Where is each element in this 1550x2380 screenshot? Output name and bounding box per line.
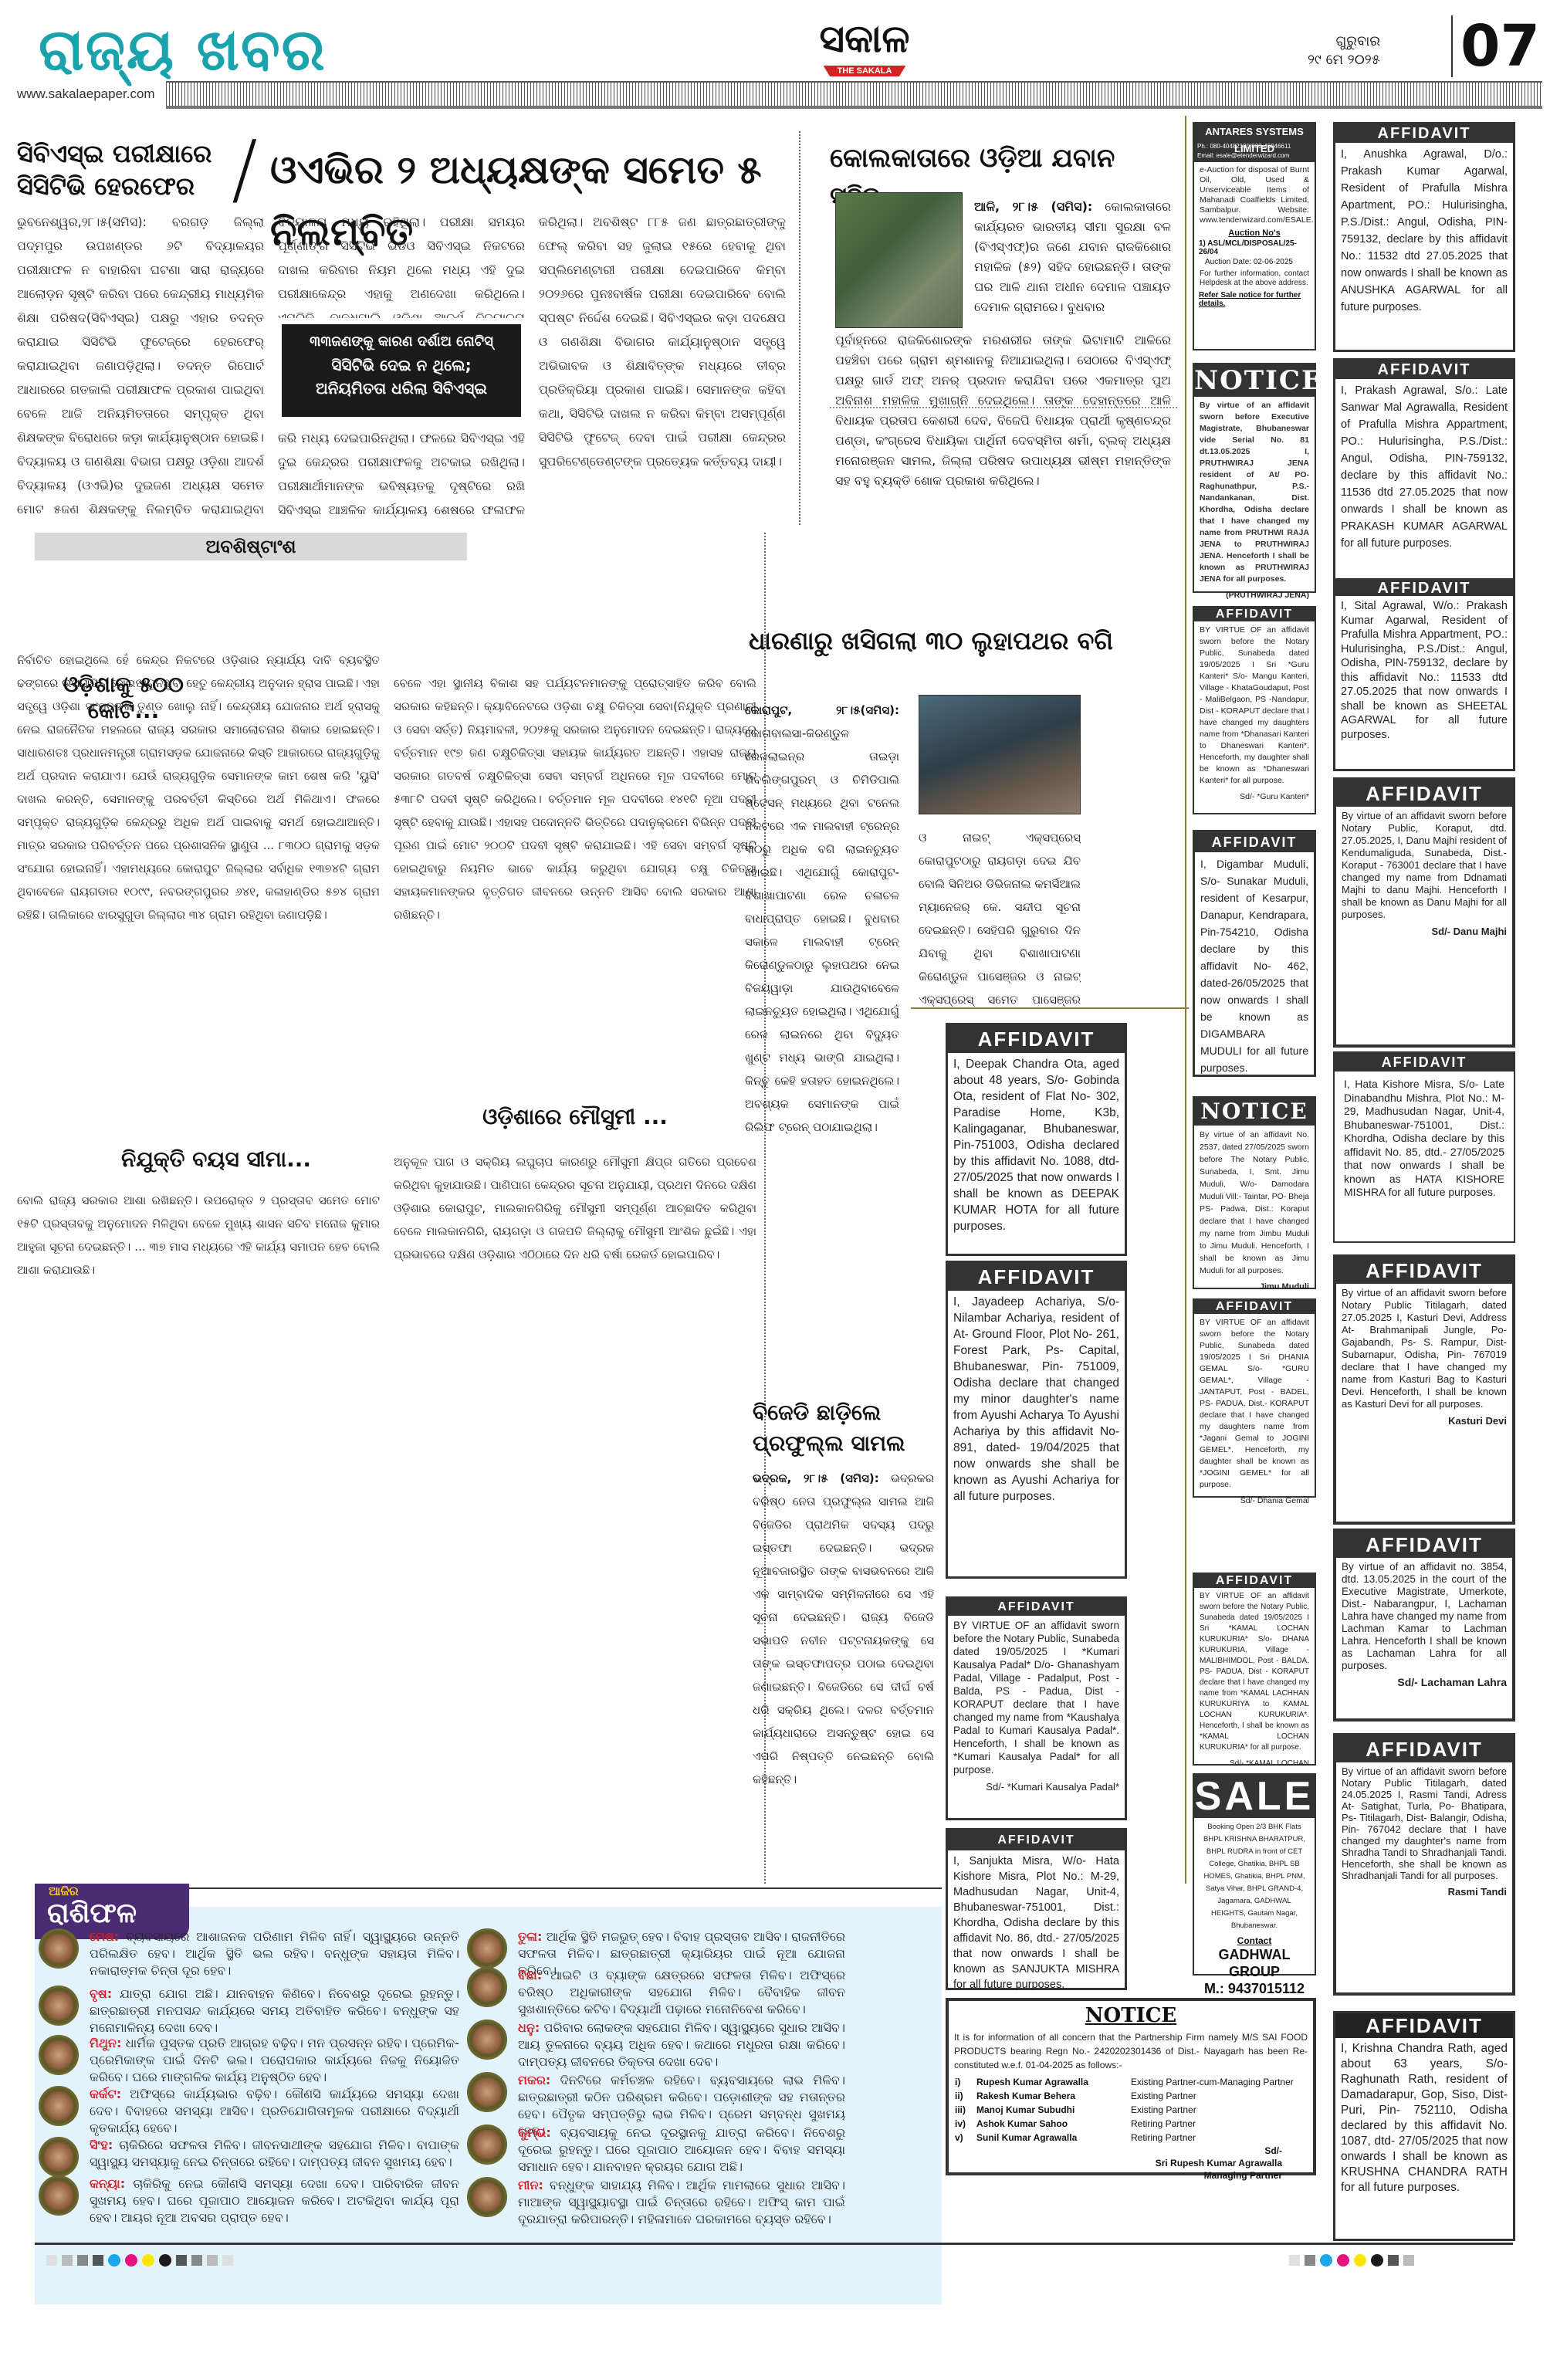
- gray-swatch: [93, 2255, 103, 2266]
- bjd-text-body: ଭଦ୍ରକର ବରିଷ୍ଠ ନେତା ପ୍ରଫୁଲ୍ଲ ସାମଲ ଆଜି ବିଜ…: [753, 1471, 934, 1786]
- bjd-text: ଭଦ୍ରକ, ୨୮।୫ (ସମିସ): ଭଦ୍ରକର ବରିଷ୍ଠ ନେତା ପ…: [753, 1467, 934, 1868]
- horoscope-leo: ସିଂହ: ଚାକିରିରେ ସଫଳତା ମିଳିବ। ଜୀବନସାଥୀଙ୍କ …: [39, 2137, 459, 2177]
- ad-signature: Sd/- Dhania Gemal: [1194, 1494, 1315, 1512]
- derailed-train-photo: [919, 695, 1081, 814]
- page-number: 07: [1451, 15, 1540, 77]
- kolkata-text-beside: ଆଳି, ୨୮।୫ (ସମିସ): କୋଲକାତାରେ କାର୍ଯ୍ୟରତ ଭା…: [974, 197, 1171, 317]
- partner-name: Rupesh Kumar Agrawalla: [976, 2075, 1131, 2089]
- affidavit-jayadeep: AFFIDAVIT I, Jayadeep Achariya, S/o- Nil…: [946, 1261, 1127, 1579]
- remaining-banner: ଅବଶିଷ୍ଟାଂଶ: [35, 533, 467, 560]
- auction-date: Auction Date: 02-06-2025: [1194, 258, 1315, 266]
- horoscope-aries: ମେଷ: ବ୍ୟବସାୟରେ ଆଶାଜନକ ପରିଣାମ ମିଳିବ ନାହିଁ…: [39, 1928, 459, 1979]
- partner-row: iii)Manoj Kumar SubudhiExisting Partner: [955, 2103, 1307, 2117]
- sign-name: କର୍କଟ:: [90, 2087, 121, 2101]
- pullquote-box: ୩୩ଜଣଙ୍କୁ କାରଣ ଦର୍ଶାଅ ନୋଟିସ୍ ସିସିଟିଭି ଦେଇ…: [282, 324, 521, 417]
- scorpio-icon: [467, 1967, 507, 2007]
- train-text-1: କୋରାପୁଟ, ୨୮।୫(ସମିସ): କୋତାବାଲସା-କିରଣ୍ଡୁଳ …: [745, 699, 899, 1308]
- gray-swatch: [207, 2255, 218, 2266]
- partner-row: ii)Rakesh Kumar BeheraExisting Partner: [955, 2089, 1307, 2103]
- ad-body: I, Digambar Muduli, S/o- Sunakar Muduli,…: [1195, 852, 1314, 1079]
- libra-icon: [467, 1928, 507, 1969]
- affidavit-dhania: AFFIDAVIT BY VIRTUE OF an affidavit swor…: [1193, 1298, 1316, 1498]
- ad-body: I, Jayadeep Achariya, S/o- Nilambar Acha…: [948, 1291, 1125, 1508]
- antares-ad: ANTARES SYSTEMS LIMITED Ph.: 080-4048210…: [1193, 122, 1316, 350]
- issue-day: ଗୁରୁବାର: [1308, 32, 1380, 51]
- ad-signature: Sd/- *Guru Kanteri*: [1194, 790, 1315, 807]
- ad-title: ANTARES SYSTEMS LIMITED: [1194, 124, 1315, 140]
- train-dateline: କୋରାପୁଟ, ୨୮।୫(ସମିସ):: [745, 703, 899, 717]
- classified-divider: [1185, 116, 1186, 1884]
- horoscope-taurus: ବୃଷ: ଯାତ୍ରା ଯୋଗ ଅଛି। ଯାନବାହନ କିଣିବେ। ନିବ…: [39, 1986, 459, 2036]
- ad-title: AFFIDAVIT: [948, 1830, 1125, 1850]
- horoscope-tab-small: ଆଜିର: [49, 1884, 189, 1899]
- horoscope-gemini: ମିଥୁନ: ଧାର୍ମିକ ପୁସ୍ତକ ପ୍ରତି ଆଗ୍ରହ ବଢ଼ିବ।…: [39, 2035, 459, 2086]
- lead-col-1: ଭୁବନେଶ୍ୱର,୨୮।୫(ସମିସ): ବରଗଡ଼ ଜିଲ୍ଲା ପଦ୍ମପ…: [17, 210, 264, 519]
- ad-body: BY VIRTUE OF an affidavit sworn before t…: [1194, 1588, 1315, 1756]
- ad-title: AFFIDAVIT: [948, 1599, 1125, 1616]
- issue-date: ଗୁରୁବାର ୨୯ ମେ ୨୦୨୫: [1308, 32, 1380, 69]
- ad-title: NOTICE: [1194, 364, 1315, 397]
- header-rule: [166, 81, 1542, 109]
- ad-body: Booking Open 2/3 BHK Flats BHPL KRISHNA …: [1194, 1818, 1315, 1935]
- bjd-headline: ବିଜେଡି ଛାଡ଼ିଲେ ପ୍ରଫୁଲ୍ଲ ସାମଲ: [753, 1397, 946, 1459]
- ad-title: AFFIDAVIT: [1335, 1053, 1514, 1072]
- partner-role: Existing Partner: [1131, 2089, 1196, 2103]
- jawan-photo: [835, 192, 963, 328]
- partner-row: iv)Ashok Kumar SahooRetiring Partner: [955, 2117, 1307, 2131]
- partner-no: iii): [955, 2103, 976, 2117]
- gray-swatch: [176, 2255, 187, 2266]
- ad-body: I, Hata Kishore Misra, S/o- Late Dinaban…: [1335, 1072, 1514, 1206]
- gray-swatch: [1289, 2255, 1300, 2266]
- partner-name: Manoj Kumar Subudhi: [976, 2103, 1131, 2117]
- print-color-bar: [46, 2254, 233, 2267]
- partner-role: Retiring Partner: [1131, 2131, 1196, 2145]
- ad-title: AFFIDAVIT: [1335, 124, 1513, 143]
- antares-phone: Ph.: 080-40482100/033-46046611: [1197, 142, 1311, 151]
- sign-text: ଚାକିରିରେ ସଫଳତା ମିଳିବ। ଜୀବନସାଥୀଙ୍କ ସହଯୋଗ …: [90, 2138, 459, 2169]
- headline-slash: /: [232, 124, 258, 214]
- ad-body: I, Prakash Agrawal, S/o.: Late Sanwar Ma…: [1335, 379, 1513, 555]
- horoscope-tab-title: ରାଶିଫଳ: [47, 1899, 189, 1928]
- lead-kicker: ସିବିଏସ୍‌ଇ ପରୀକ୍ଷାରେ ସିସିଟିଭି ହେରଫେର: [17, 137, 233, 202]
- signature-sd: Sd/-: [949, 2145, 1282, 2157]
- pullquote-line-2: ସିସିଟିଭି ଦେଇ ନ ଥିଲେ;: [282, 354, 521, 377]
- affidavit-prakash: AFFIDAVIT I, Prakash Agrawal, S/o.: Late…: [1333, 358, 1515, 590]
- yellow-dot-icon: [142, 2254, 154, 2267]
- yellow-dot-icon: [1354, 2254, 1366, 2267]
- remaining-text-3: ବେଳେ ଏହା ସ୍ଥାନୀୟ ବିକାଶ ସହ ପର୍ଯ୍ୟଟନମାନଙ୍କ…: [394, 672, 756, 1011]
- sign-name: କୁମ୍ଭ:: [518, 2125, 551, 2140]
- antares-email[interactable]: Email: esale@etenderwizard.com: [1197, 151, 1311, 161]
- ad-body: BY VIRTUE OF an affidavit sworn before t…: [1194, 621, 1315, 790]
- bjd-dateline: ଭଦ୍ରକ, ୨୮।୫ (ସମିସ):: [753, 1471, 879, 1485]
- ad-title: AFFIDAVIT: [1336, 1736, 1512, 1762]
- ad-title: SALE: [1194, 1775, 1315, 1818]
- lead-col-3: କରିଥିଲା। ଅବଶିଷ୍ଟ ୮୮୫ ଜଣ ଛାତ୍ରଛାତ୍ରୀଙ୍କୁ …: [539, 210, 786, 519]
- partner-no: ii): [955, 2089, 976, 2103]
- sign-text: ବ୍ୟବସାୟକୁ ନେଇ ଦୂରସ୍ଥାନକୁ ଯାତ୍ରା କରିବେ। ନ…: [518, 2125, 845, 2174]
- sign-text: ପରିବାର ଲୋକଙ୍କ ସହଯୋଗ ମିଳିବ। ସ୍ୱାସ୍ଥ୍ୟରେ ସ…: [518, 2020, 845, 2069]
- sai-signature: Sd/- Sri Rupesh Kumar Agrawalla Managing…: [949, 2145, 1313, 2182]
- affidavit-sital: AFFIDAVIT I, Sital Agrawal, W/o.: Prakas…: [1333, 578, 1515, 771]
- remaining-text-1-body: ନିର୍ବାଚିତ ହୋଇଥିଲେ ହେଁ କେନ୍ଦ୍ର ନିକଟରେ ଓଡ଼…: [17, 653, 380, 922]
- gray-swatch: [1403, 2255, 1414, 2266]
- sign-text: ବ୍ୟବସାୟରେ ଆଶାଜନକ ପରିଣାମ ମିଳିବ ନାହିଁ। ସ୍ୱ…: [90, 1929, 459, 1978]
- story-rule: [911, 1007, 1189, 1009]
- affidavit-danu: AFFIDAVIT By virtue of an affidavit swor…: [1333, 777, 1515, 1048]
- gray-swatch: [191, 2255, 202, 2266]
- ad-signature: Rasmi Tandi: [1336, 1884, 1512, 1902]
- lead-col-2b: କରି ମଧ୍ୟ ଦେଇପାରିନଥିଲା। ଫଳରେ ସିବିଏସ୍‌ଇ ଏହ…: [278, 426, 525, 519]
- ad-body: I, Anushka Agrawal, D/o.: Prakash Kumar …: [1335, 143, 1513, 319]
- ad-body: By virtue of an affidavit sworn before N…: [1336, 1284, 1512, 1413]
- aquarius-icon: [467, 2124, 507, 2165]
- kolkata-text-below: ପୂର୍ବାହ୍ନରେ ରାଜକିଶୋରଙ୍କ ମରଶରୀର ତାଙ୍କ ଭିଟ…: [835, 330, 1171, 491]
- column-divider: [799, 131, 800, 525]
- logo-ribbon: THE SAKALA: [824, 66, 906, 76]
- sign-text: ଚାକିରିକୁ ନେଇ କୌଣସି ସମସ୍ୟା ଦେଖା ଦେବ। ପାରି…: [90, 2176, 459, 2225]
- horoscope-sagittarius: ଧନୁ: ପରିବାର ଲୋକଙ୍କ ସହଯୋଗ ମିଳିବ। ସ୍ୱାସ୍ଥ୍…: [467, 2019, 845, 2070]
- ad-body: I, Krishna Chandra Rath, aged about 63 y…: [1335, 2038, 1513, 2199]
- sign-name: ବିଛା:: [518, 1968, 542, 1982]
- ad-title: AFFIDAVIT: [1195, 832, 1314, 852]
- ad-body: It is for information of all concern tha…: [949, 2027, 1313, 2075]
- remaining-heading-2: ନିଯୁକ୍ତି ବୟସ ସୀମା...: [46, 1146, 386, 1173]
- partner-list: i)Rupesh Kumar AgrawallaExisting Partner…: [949, 2075, 1313, 2145]
- ad-title: AFFIDAVIT: [1336, 1532, 1512, 1558]
- ad-title: AFFIDAVIT: [1335, 581, 1513, 596]
- ad-signature: Kasturi Devi: [1336, 1413, 1512, 1431]
- auction-number: 1) ASL/MCL/DISPOSAL/25-26/04: [1194, 238, 1315, 258]
- partner-row: v)Sunil Kumar AgrawallaRetiring Partner: [955, 2131, 1307, 2145]
- footer-rule: [35, 2243, 1513, 2245]
- ad-body: BY VIRTUE OF an affidavit sworn before t…: [1194, 1314, 1315, 1494]
- ad-body: e-Auction for disposal of Burnt Oil, Old…: [1194, 162, 1315, 229]
- gray-swatch: [62, 2255, 73, 2266]
- affidavit-digambar: AFFIDAVIT I, Digambar Muduli, S/o- Sunak…: [1193, 830, 1316, 1077]
- ad-body: By virtue of an affidavit No. 2537, date…: [1194, 1126, 1315, 1280]
- partner-name: Ashok Kumar Sahoo: [976, 2117, 1131, 2131]
- horoscope-pisces: ମୀନ: ବନ୍ଧୁଙ୍କ ସାହାଯ୍ୟ ମିଳିବ। ଆର୍ଥିକ ମାମଲ…: [467, 2177, 845, 2228]
- leo-icon: [39, 2137, 79, 2177]
- sale-ad: SALE Booking Open 2/3 BHK Flats BHPL KRI…: [1193, 1773, 1316, 1975]
- gemini-icon: [39, 2035, 79, 2075]
- remaining-text-4: ଅନୁକୂଳ ପାଗ ଓ ସକ୍ରିୟ ଲଘୁଚାପ କାରଣରୁ ମୌସୁମୀ…: [394, 1150, 756, 1876]
- kolkata-dateline: ଆଳି, ୨୮।୫ (ସମିସ):: [974, 199, 1092, 214]
- gray-swatch: [77, 2255, 88, 2266]
- sale-contact-label: Contact: [1194, 1935, 1315, 1946]
- remaining-text-2: ବୋଲି ରାଜ୍ୟ ସରକାର ଆଶା ରଖିଛନ୍ତି। ଉପରୋକ୍ତ ୨…: [17, 1189, 380, 1876]
- partner-role: Existing Partner: [1131, 2103, 1196, 2117]
- ad-body: I, Sital Agrawal, W/o.: Prakash Kumar Ag…: [1335, 596, 1513, 745]
- remaining-text-1: ନିର୍ବାଚିତ ହୋଇଥିଲେ ହେଁ କେନ୍ଦ୍ର ନିକଟରେ ଓଡ଼…: [17, 602, 380, 1096]
- aries-icon: [39, 1928, 79, 1969]
- ad-body: I, Deepak Chandra Ota, aged about 48 yea…: [948, 1053, 1125, 1237]
- ad-body: By virtue of an affidavit sworn before N…: [1336, 807, 1512, 924]
- virgo-icon: [39, 2175, 79, 2216]
- sign-name: ମୀନ:: [518, 2178, 543, 2192]
- horoscope-virgo: କନ୍ୟା: ଚାକିରିକୁ ନେଇ କୌଣସି ସମସ୍ୟା ଦେଖା ଦେ…: [39, 2175, 459, 2226]
- partner-no: iv): [955, 2117, 976, 2131]
- ad-body: By virtue of an affidavit sworn before N…: [1336, 1762, 1512, 1884]
- gray-swatch: [46, 2255, 57, 2266]
- lead-col-2: ବିଦ୍ୟାଳୟ ମଧ୍ୟ ରହିଥିଲା। ପରୀକ୍ଷା ସମୟର ପୂର୍…: [278, 210, 525, 318]
- signature-name: Sri Rupesh Kumar Agrawalla: [949, 2157, 1282, 2169]
- ad-body: BY VIRTUE OF an affidavit sworn before t…: [948, 1616, 1125, 1779]
- ad-title: AFFIDAVIT: [1336, 1258, 1512, 1284]
- notice-jimu: NOTICE By virtue of an affidavit No. 253…: [1193, 1096, 1316, 1289]
- cyan-dot-icon: [108, 2254, 120, 2267]
- partner-row: i)Rupesh Kumar AgrawallaExisting Partner…: [955, 2075, 1307, 2089]
- gray-swatch: [1305, 2255, 1315, 2266]
- site-url[interactable]: www.sakalaepaper.com: [17, 86, 155, 102]
- newspaper-logo: ସକାଳ THE SAKALA: [811, 15, 919, 77]
- partner-role: Existing Partner-cum-Managing Partner: [1131, 2075, 1294, 2089]
- partner-name: Rakesh Kumar Behera: [976, 2089, 1131, 2103]
- sign-name: ତୁଳା:: [518, 1929, 542, 1944]
- affidavit-deepak: AFFIDAVIT I, Deepak Chandra Ota, aged ab…: [946, 1023, 1127, 1256]
- affidavit-krishna: AFFIDAVIT I, Krishna Chandra Rath, aged …: [1333, 2011, 1515, 2241]
- antares-footer: For further information, contact Helpdes…: [1194, 266, 1315, 291]
- sale-company: GADHWAL GROUP: [1194, 1946, 1315, 1980]
- affidavit-hata: AFFIDAVIT I, Hata Kishore Misra, S/o- La…: [1333, 1051, 1515, 1243]
- taurus-icon: [39, 1986, 79, 2026]
- sign-name: ବୃଷ:: [90, 1986, 112, 2001]
- sign-name: କନ୍ୟା:: [90, 2176, 125, 2191]
- sign-text: ବନ୍ଧୁଙ୍କ ସାହାଯ୍ୟ ମିଳିବ। ଆର୍ଥିକ ମାମଲାରେ ସ…: [518, 2178, 845, 2226]
- partner-no: v): [955, 2131, 976, 2145]
- ad-title: AFFIDAVIT: [1335, 361, 1513, 379]
- affidavit-kausalya: AFFIDAVIT BY VIRTUE OF an affidavit swor…: [946, 1596, 1127, 1820]
- story-separator: [830, 407, 1177, 410]
- print-color-bar-right: [1289, 2254, 1414, 2267]
- gray-swatch: [1388, 2255, 1399, 2266]
- sign-name: ମିଥୁନ:: [90, 2036, 121, 2050]
- train-text-2: ଓ ନାଇଟ୍ ଏକ୍ସପ୍ରେସ୍ କୋରାପୁଟଠାରୁ ରାୟଗଡ଼ା ଦ…: [919, 826, 1081, 1011]
- capricorn-icon: [467, 2072, 507, 2112]
- ad-title: AFFIDAVIT: [1194, 1574, 1315, 1588]
- pullquote-line-3: ଅନିୟମିତତା ଧରିଲା ସିବିଏସ୍‌ଇ: [282, 377, 521, 400]
- ad-signature: Sd/- *Kumari Kausalya Padal*: [948, 1779, 1125, 1797]
- logo-text: ସକାଳ: [811, 15, 919, 62]
- notice-sai-food: NOTICE It is for information of all conc…: [946, 1998, 1316, 2175]
- ad-title: AFFIDAVIT: [1194, 1300, 1315, 1314]
- train-text-1-body: କୋତାବାଲସା-କିରଣ୍ଡୁଳ ରେଳଲାଇନ୍‌ର ତାଇଡ଼ା ଶିବ…: [745, 726, 899, 1134]
- cancer-icon: [39, 2086, 79, 2126]
- train-headline: ଧାରଣାରୁ ଖସିଗଲା ୩୦ ଲୁହାପଥର ବଗି: [749, 621, 1181, 660]
- ad-title: AFFIDAVIT: [948, 1025, 1125, 1053]
- ad-signature: Jimu Muduli: [1194, 1280, 1315, 1298]
- magenta-dot-icon: [1337, 2254, 1349, 2267]
- issue-date-text: ୨୯ ମେ ୨୦୨୫: [1308, 51, 1380, 69]
- sign-text: ଆଇଟି ଓ ବ୍ୟାଙ୍କ କ୍ଷେତ୍ରରେ ସଫଳତା ମିଳିବ। ଅଫ…: [518, 1968, 845, 2016]
- black-dot-icon: [1371, 2254, 1383, 2267]
- sale-phone[interactable]: M.: 9437015112: [1194, 1980, 1315, 1997]
- antares-contact: Ph.: 080-40482100/033-46046611 Email: es…: [1194, 140, 1315, 162]
- ad-title: AFFIDAVIT: [1194, 608, 1315, 621]
- partner-no: i): [955, 2075, 976, 2089]
- affidavit-anushka: AFFIDAVIT I, Anushka Agrawal, D/o.: Prak…: [1333, 122, 1515, 352]
- gray-swatch: [222, 2255, 233, 2266]
- partner-role: Retiring Partner: [1131, 2117, 1196, 2131]
- sign-name: ମେଷ:: [90, 1929, 119, 1944]
- affidavit-kamal: AFFIDAVIT BY VIRTUE OF an affidavit swor…: [1193, 1573, 1316, 1766]
- ad-body: By virtue of an affidavit no. 3854, dtd.…: [1336, 1558, 1512, 1675]
- ad-signature: Sd/- Lachaman Lahra: [1336, 1675, 1512, 1693]
- sign-name: ସିଂହ:: [90, 2138, 113, 2152]
- ad-title: AFFIDAVIT: [948, 1263, 1125, 1291]
- affidavit-sanjukta: AFFIDAVIT I, Sanjukta Misra, W/o- Hata K…: [946, 1828, 1127, 1990]
- black-dot-icon: [159, 2254, 171, 2267]
- sign-text: ଯାତ୍ରା ଯୋଗ ଅଛି। ଯାନବାହନ କିଣିବେ। ନିବେଶରୁ …: [90, 1986, 459, 2035]
- ad-signature: (PRUTHWIRAJ JENA): [1194, 588, 1315, 606]
- partner-name: Sunil Kumar Agrawalla: [976, 2131, 1131, 2145]
- ad-title: NOTICE: [949, 2001, 1313, 2027]
- sign-name: ଧନୁ:: [518, 2020, 540, 2035]
- horoscope-cancer: କର୍କଟ: ଅଫିସ୍‌ରେ କାର୍ଯ୍ୟଭାର ବଢ଼ିବ। କୌଣସି …: [39, 2086, 459, 2137]
- horoscope-aquarius: କୁମ୍ଭ: ବ୍ୟବସାୟକୁ ନେଇ ଦୂରସ୍ଥାନକୁ ଯାତ୍ରା କ…: [467, 2124, 845, 2175]
- antares-refer: Refer Sale notice for further details.: [1194, 291, 1315, 308]
- pullquote-line-1: ୩୩ଜଣଙ୍କୁ କାରଣ ଦର୍ଶାଅ ନୋଟିସ୍: [282, 330, 521, 354]
- affidavit-lachaman: AFFIDAVIT By virtue of an affidavit no. …: [1333, 1529, 1515, 1722]
- affidavit-guru: AFFIDAVIT BY VIRTUE OF an affidavit swor…: [1193, 606, 1316, 814]
- affidavit-kasturi: AFFIDAVIT By virtue of an affidavit swor…: [1333, 1254, 1515, 1525]
- horoscope-scorpio: ବିଛା: ଆଇଟି ଓ ବ୍ୟାଙ୍କ କ୍ଷେତ୍ରରେ ସଫଳତା ମିଳ…: [467, 1967, 845, 2018]
- ad-body: By virtue of an affidavit sworn before E…: [1194, 397, 1315, 588]
- notice-jena: NOTICE By virtue of an affidavit sworn b…: [1193, 363, 1316, 593]
- ad-title: AFFIDAVIT: [1336, 780, 1512, 807]
- auction-label: Auction No's: [1194, 229, 1315, 238]
- magenta-dot-icon: [125, 2254, 137, 2267]
- sign-text: ଧାର୍ମିକ ପୁସ୍ତକ ପ୍ରତି ଆଗ୍ରହ ବଢ଼ିବ। ମନ ପ୍ର…: [90, 2036, 459, 2084]
- sagittarius-icon: [467, 2019, 507, 2060]
- ad-title: NOTICE: [1194, 1098, 1315, 1126]
- sign-name: ମକର:: [518, 2073, 550, 2087]
- section-title: ରାଜ୍ୟ ଖବର: [39, 17, 327, 84]
- signature-role: Managing Partner: [949, 2169, 1282, 2182]
- cyan-dot-icon: [1320, 2254, 1332, 2267]
- remaining-heading-4: ଓଡ଼ିଶାରେ ମୌସୁମୀ ...: [394, 1104, 756, 1130]
- kolkata-text-beside-body: କୋଲକାତାରେ କାର୍ଯ୍ୟରତ ଭାରତୀୟ ସୀମା ସୁରକ୍ଷା …: [974, 199, 1171, 314]
- ad-body: I, Sanjukta Misra, W/o- Hata Kishore Mis…: [948, 1850, 1125, 1996]
- affidavit-rasmi: AFFIDAVIT By virtue of an affidavit swor…: [1333, 1733, 1515, 1996]
- ad-signature: Sd/- Danu Majhi: [1336, 924, 1512, 942]
- sign-text: ଅଫିସ୍‌ରେ କାର୍ଯ୍ୟଭାର ବଢ଼ିବ। କୌଣସି କାର୍ଯ୍ୟ…: [90, 2087, 459, 2135]
- pisces-icon: [467, 2177, 507, 2217]
- ad-title: AFFIDAVIT: [1335, 2013, 1513, 2038]
